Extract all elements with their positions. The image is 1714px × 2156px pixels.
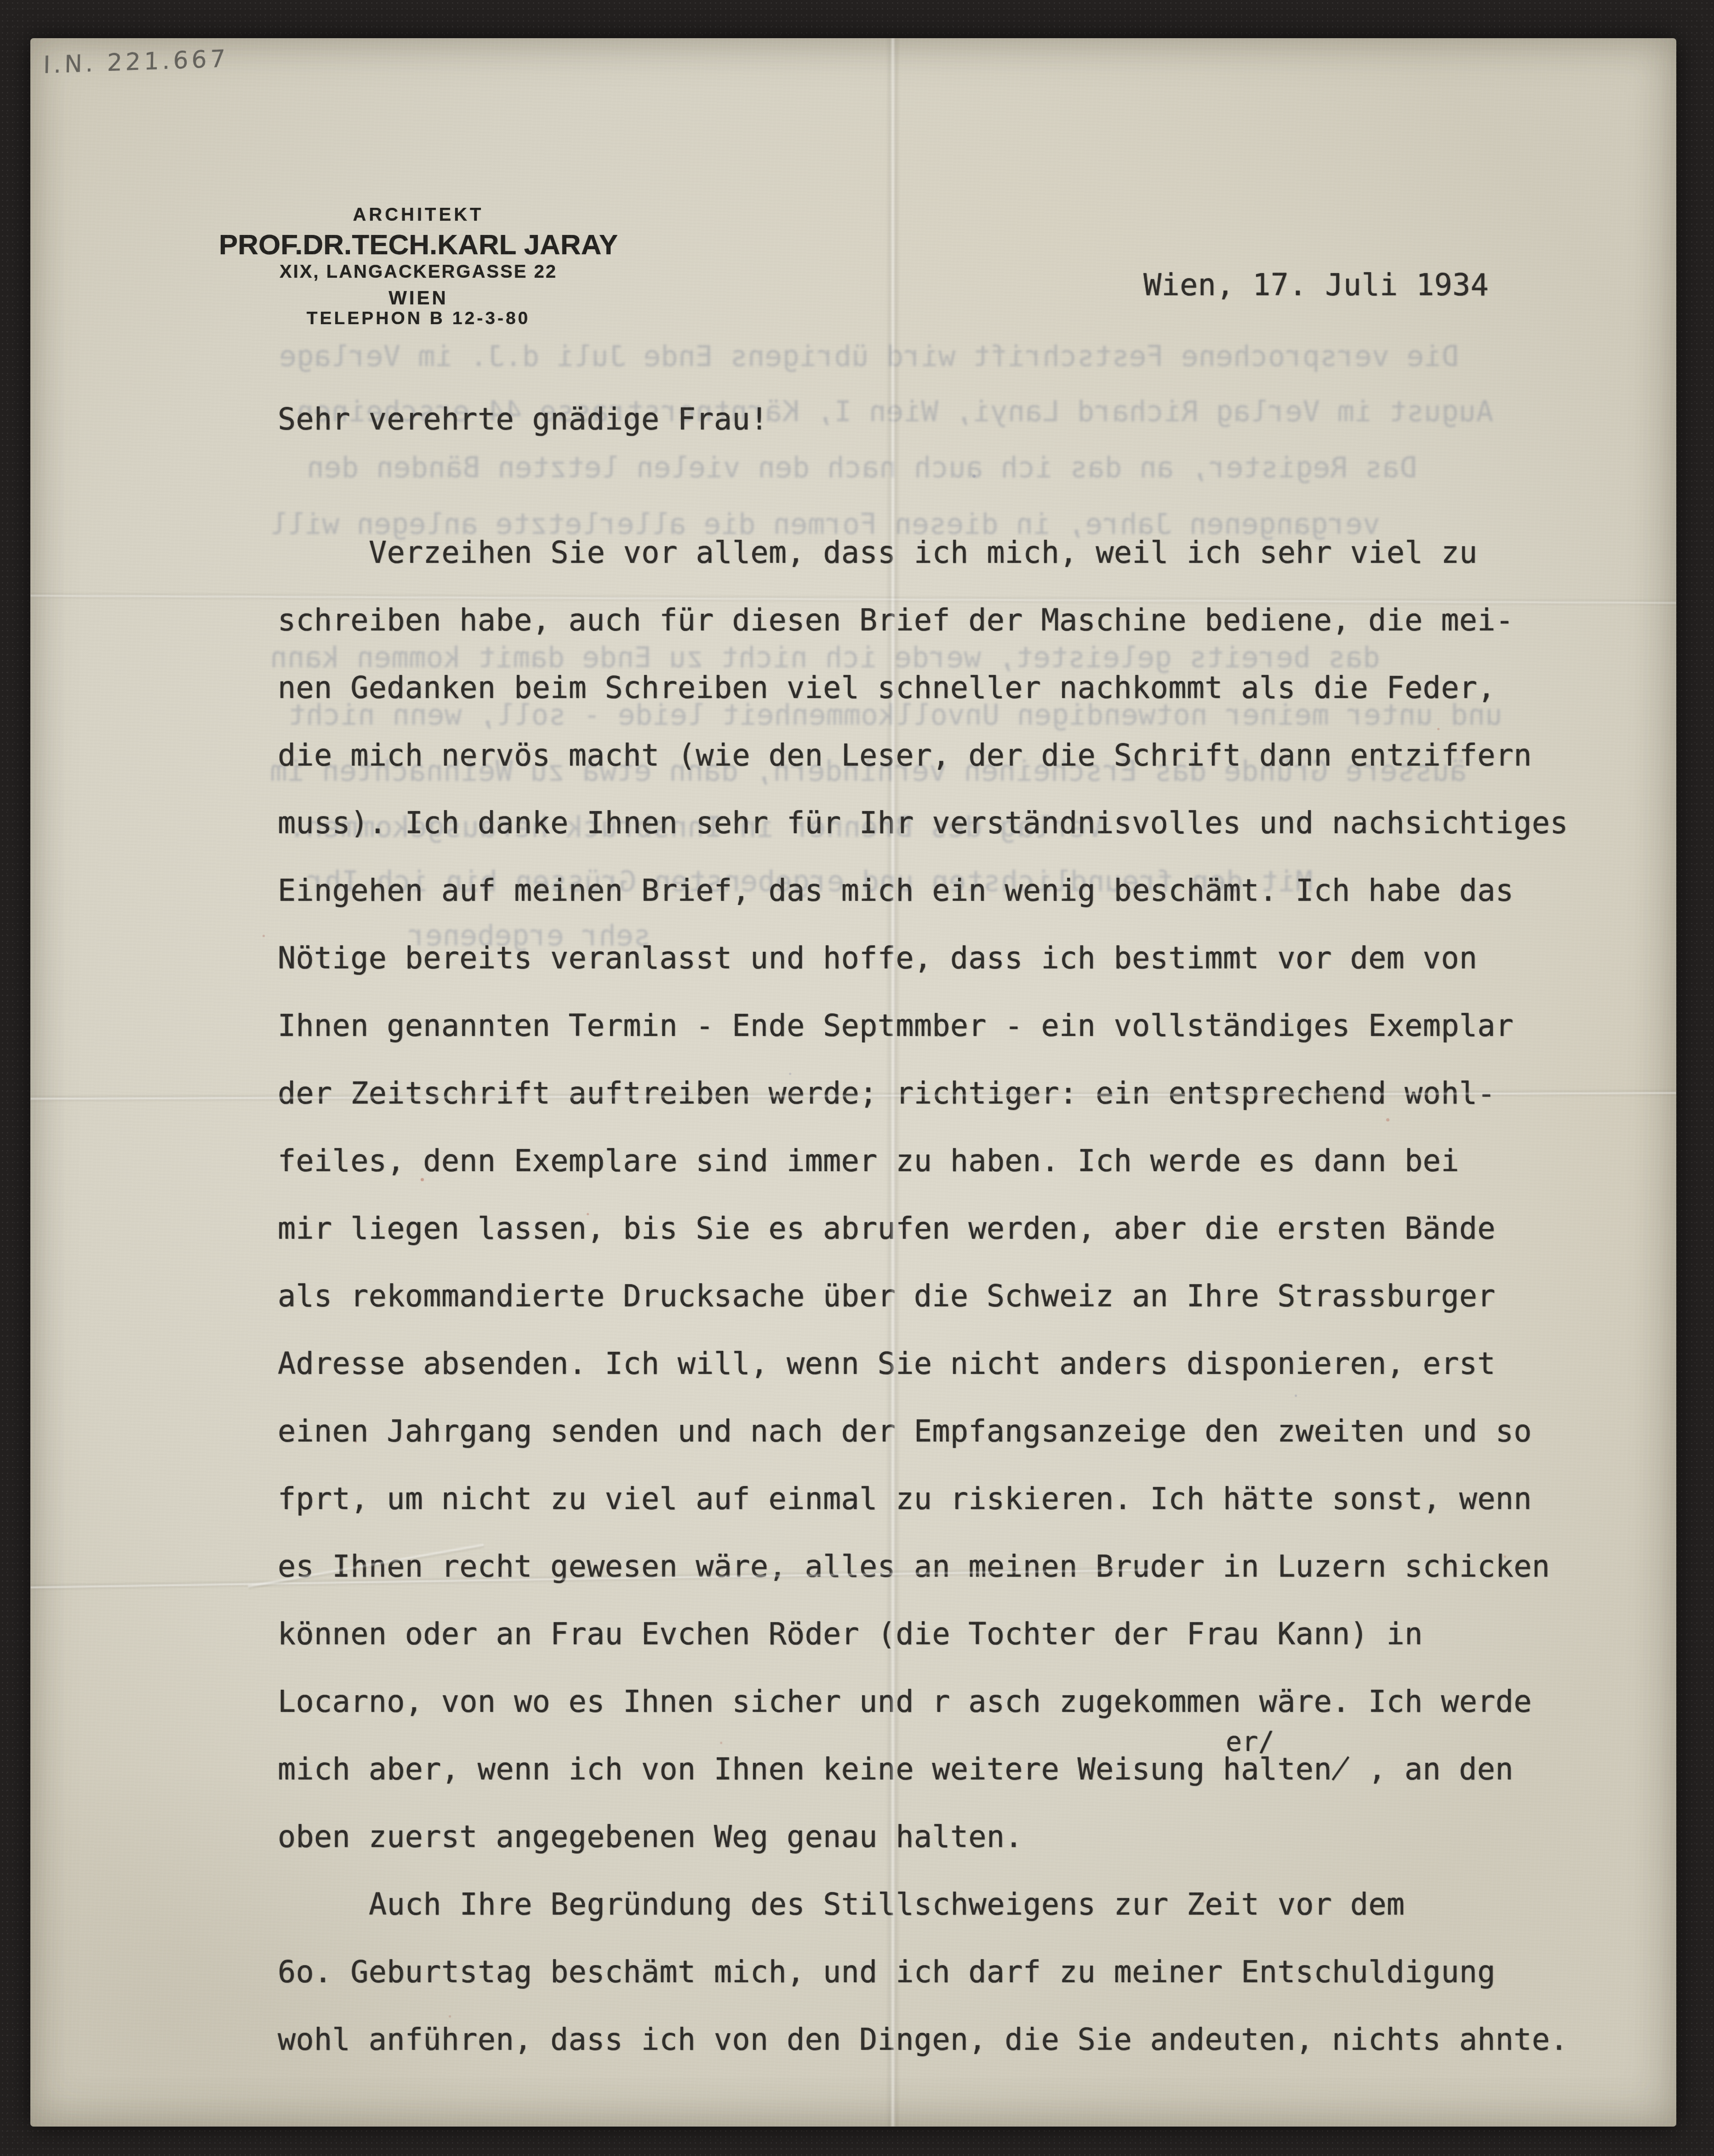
bleedthrough-text-line: Das Register, an das ich auch nach den v… xyxy=(307,451,1417,484)
letter-line: mir liegen lassen, bis Sie es abrufen we… xyxy=(278,1195,1568,1263)
paper-fibre-specks xyxy=(30,38,33,40)
letter-line: die mich nervös macht (wie den Leser, de… xyxy=(278,722,1568,789)
letter-line: Locarno, von wo es Ihnen sicher und r as… xyxy=(278,1668,1568,1736)
letterhead-phone: TELEPHON B 12-3-80 xyxy=(95,309,742,329)
letterhead-city: WIEN xyxy=(95,287,742,309)
letterhead-name: PROF.DR.TECH.KARL JARAY xyxy=(95,229,742,261)
letter-line: Adresse absenden. Ich will, wenn Sie nic… xyxy=(278,1330,1568,1398)
letter-line: wohl anführen, dass ich von den Dingen, … xyxy=(278,2006,1568,2074)
letter-line: Ihnen genannten Termin - Ende Septmmber … xyxy=(278,992,1568,1060)
letter-line: einen Jahrgang senden und nach der Empfa… xyxy=(278,1398,1568,1465)
letterhead-street: XIX, LANGACKERGASSE 22 xyxy=(95,262,742,282)
letter-line: fprt, um nicht zu viel auf einmal zu ris… xyxy=(278,1465,1568,1533)
letter-line: als rekommandierte Drucksache über die S… xyxy=(278,1263,1568,1330)
salutation: Sehr verehrte gnädige Frau! xyxy=(278,402,768,437)
letter-line: Verzeihen Sie vor allem, dass ich mich, … xyxy=(278,519,1568,587)
letter-line: mich aber, wenn ich von Ihnen keine weit… xyxy=(278,1736,1568,1803)
letter-line: 6o. Geburtstag beschämt mich, und ich da… xyxy=(278,1939,1568,2006)
letter-line: der Zeitschrift auftreiben werde; richti… xyxy=(278,1060,1568,1127)
bleedthrough-text-line: Die versprochene Festschrift wird übrige… xyxy=(279,339,1458,373)
inventory-number-annotation: I.N. 221.667 xyxy=(43,45,229,79)
letter-line: feiles, denn Exemplare sind immer zu hab… xyxy=(278,1127,1568,1195)
letter-line: können oder an Frau Evchen Röder (die To… xyxy=(278,1601,1568,1668)
letter-line: muss). Ich danke Ihnen sehr für Ihr vers… xyxy=(278,789,1568,857)
handtyped-insertion-correction: er/ xyxy=(1226,1728,1274,1755)
letter-line: es Ihnen recht gewesen wäre, alles an me… xyxy=(278,1533,1568,1601)
letter-line: schreiben habe, auch für diesen Brief de… xyxy=(278,587,1568,654)
letter-line: Nötige bereits veranlasst und hoffe, das… xyxy=(278,925,1568,992)
letter-line: oben zuerst angegebenen Weg genau halten… xyxy=(278,1803,1568,1871)
letter-body: Verzeihen Sie vor allem, dass ich mich, … xyxy=(278,519,1568,2074)
letter-line: Eingehen auf meinen Brief, das mich ein … xyxy=(278,857,1568,925)
letterhead-profession: ARCHITEKT xyxy=(95,205,742,225)
letter-line: Auch Ihre Begründung des Stillschweigens… xyxy=(278,1871,1568,1939)
letter-page: Die versprochene Festschrift wird übrige… xyxy=(30,38,1676,2127)
dateline: Wien, 17. Juli 1934 xyxy=(1143,268,1489,303)
letter-line: nen Gedanken beim Schreiben viel schnell… xyxy=(278,654,1568,722)
scan-viewport: { "annotation": { "inventory_number": "I… xyxy=(0,0,1714,2156)
